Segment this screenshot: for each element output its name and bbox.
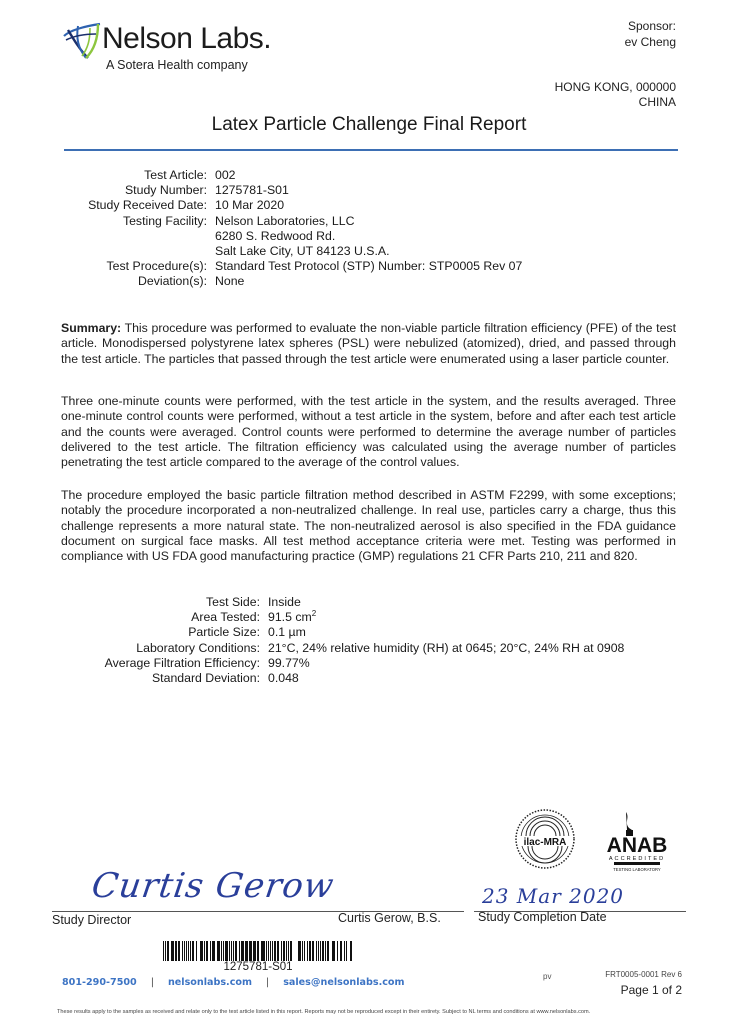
info-row: 6280 S. Redwood Rd. bbox=[60, 229, 522, 244]
barcode-bar bbox=[217, 941, 220, 961]
company-tagline: A Sotera Health company bbox=[106, 58, 248, 72]
barcode-bar bbox=[274, 941, 275, 961]
barcode-bar bbox=[320, 941, 321, 961]
anab-accredited-logo-icon: ANAB ACCREDITED TESTING LABORATORY bbox=[596, 808, 678, 872]
svg-text:ilac-MRA: ilac-MRA bbox=[524, 837, 567, 848]
barcode-bar bbox=[221, 941, 222, 961]
sponsor-name: ev Cheng bbox=[625, 34, 676, 50]
barcode-number: 1275781-S01 bbox=[163, 961, 353, 973]
barcode-bar bbox=[318, 941, 319, 961]
barcode-bar bbox=[286, 941, 287, 961]
barcode-bar bbox=[275, 941, 276, 961]
info-row: Test Article:002 bbox=[60, 168, 522, 183]
barcode-bar bbox=[223, 941, 224, 961]
summary-paragraph-1: Summary: This procedure was performed to… bbox=[61, 321, 676, 367]
barcode-bar bbox=[212, 941, 213, 961]
website-link[interactable]: nelsonlabs.com bbox=[168, 977, 252, 988]
email-link[interactable]: sales@nelsonlabs.com bbox=[283, 977, 404, 988]
barcode-bar bbox=[270, 941, 271, 961]
barcode-bar bbox=[186, 941, 187, 961]
barcode-bar bbox=[257, 941, 259, 961]
barcode-bar bbox=[163, 941, 164, 961]
barcode-bar bbox=[250, 941, 252, 961]
barcode-bar bbox=[225, 941, 226, 961]
barcode-bar bbox=[290, 941, 292, 961]
barcode-bar bbox=[233, 941, 234, 961]
barcode-bar bbox=[200, 941, 203, 961]
barcode-bar bbox=[277, 941, 279, 961]
info-row: Testing Facility:Nelson Laboratories, LL… bbox=[60, 214, 522, 229]
info-row: Study Received Date:10 Mar 2020 bbox=[60, 198, 522, 213]
result-row-std-dev: Standard Deviation:0.048 bbox=[84, 671, 624, 686]
barcode-bar bbox=[206, 941, 208, 961]
director-signature: Curtis Gerow bbox=[89, 866, 337, 906]
barcode-bar bbox=[288, 941, 290, 961]
result-row-test-side: Test Side:Inside bbox=[84, 595, 624, 610]
barcode-bar bbox=[325, 941, 326, 961]
barcode-bar bbox=[188, 941, 189, 961]
info-row: Deviation(s):None bbox=[60, 274, 522, 289]
barcode-bar bbox=[316, 941, 318, 961]
barcode-bar bbox=[165, 941, 166, 961]
barcode-bar bbox=[266, 941, 267, 961]
result-row-area-tested: Area Tested:91.5 cm2 bbox=[84, 610, 624, 625]
separator: | bbox=[252, 977, 283, 988]
barcode-bar bbox=[281, 941, 282, 961]
barcode-bar bbox=[226, 941, 228, 961]
barcode-bar bbox=[229, 941, 230, 961]
result-row-particle-size: Particle Size:0.1 µm bbox=[84, 625, 624, 640]
study-director-label: Study Director bbox=[52, 913, 131, 927]
barcode-bar bbox=[192, 941, 194, 961]
study-barcode bbox=[163, 941, 353, 961]
barcode-bar bbox=[268, 941, 269, 961]
barcode-bar bbox=[171, 941, 174, 961]
barcode-bar bbox=[350, 941, 352, 961]
barcode-bar bbox=[283, 941, 285, 961]
sponsor-address: HONG KONG, 000000 CHINA bbox=[555, 80, 676, 110]
contact-bar: 801-290-7500 | nelsonlabs.com | sales@ne… bbox=[62, 977, 405, 988]
barcode-bar bbox=[182, 941, 183, 961]
ilac-mra-logo-icon: ilac-MRA bbox=[514, 808, 576, 870]
study-director-name: Curtis Gerow, B.S. bbox=[338, 911, 441, 925]
barcode-bar bbox=[178, 941, 181, 961]
summary-paragraph-3: The procedure employed the basic particl… bbox=[61, 488, 676, 564]
sponsor-block: Sponsor: ev Cheng bbox=[625, 18, 676, 50]
barcode-bar bbox=[175, 941, 177, 961]
result-row-avg-filtration: Average Filtration Efficiency:99.77% bbox=[84, 656, 624, 671]
barcode-bar bbox=[307, 941, 308, 961]
barcode-bar bbox=[262, 941, 265, 961]
study-info-table: Test Article:002 Study Number:1275781-S0… bbox=[60, 168, 522, 290]
barcode-bar bbox=[231, 941, 232, 961]
barcode-bar bbox=[241, 941, 244, 961]
barcode-bar bbox=[239, 941, 241, 961]
barcode-bar bbox=[213, 941, 215, 961]
barcode-bar bbox=[249, 941, 250, 961]
barcode-bar bbox=[184, 941, 185, 961]
svg-text:ACCREDITED: ACCREDITED bbox=[609, 856, 665, 862]
info-row: Study Number:1275781-S01 bbox=[60, 183, 522, 198]
barcode-bar bbox=[340, 941, 342, 961]
barcode-bar bbox=[167, 941, 170, 961]
summary-label: Summary: bbox=[61, 321, 121, 335]
barcode-bar bbox=[302, 941, 303, 961]
barcode-bar bbox=[322, 941, 324, 961]
barcode-bar bbox=[312, 941, 314, 961]
info-row: Test Procedure(s):Standard Test Protocol… bbox=[60, 259, 522, 274]
sponsor-label: Sponsor: bbox=[625, 18, 676, 34]
result-row-lab-conditions: Laboratory Conditions:21°C, 24% relative… bbox=[84, 641, 624, 656]
form-number: FRT0005-0001 Rev 6 bbox=[605, 970, 682, 979]
handwritten-completion-date: 23 Mar 2020 bbox=[482, 884, 624, 908]
svg-text:TESTING LABORATORY: TESTING LABORATORY bbox=[613, 867, 661, 872]
barcode-bar bbox=[210, 941, 211, 961]
study-completion-date-label: Study Completion Date bbox=[478, 910, 607, 924]
results-table: Test Side:Inside Area Tested:91.5 cm2 Pa… bbox=[84, 595, 624, 686]
separator: | bbox=[137, 977, 168, 988]
barcode-bar bbox=[204, 941, 205, 961]
company-logo: Nelson Labs. A Sotera Health company bbox=[60, 18, 280, 78]
title-divider bbox=[64, 149, 678, 151]
barcode-bar bbox=[344, 941, 345, 961]
sponsor-country: CHINA bbox=[555, 95, 676, 110]
barcode-bar bbox=[190, 941, 191, 961]
barcode-bar bbox=[261, 941, 262, 961]
barcode-bar bbox=[235, 941, 237, 961]
barcode-bar bbox=[309, 941, 311, 961]
company-name: Nelson Labs. bbox=[102, 22, 271, 56]
svg-text:ANAB: ANAB bbox=[607, 834, 668, 857]
disclaimer: These results apply to the samples as re… bbox=[57, 1009, 590, 1015]
info-row: Salt Lake City, UT 84123 U.S.A. bbox=[60, 244, 522, 259]
barcode-bar bbox=[304, 941, 306, 961]
barcode-bar bbox=[196, 941, 197, 961]
barcode-bar bbox=[253, 941, 256, 961]
report-title: Latex Particle Challenge Final Report bbox=[0, 114, 738, 136]
barcode-bar bbox=[332, 941, 335, 961]
summary-paragraph-2: Three one-minute counts were performed, … bbox=[61, 394, 676, 470]
nelson-labs-shield-icon bbox=[60, 18, 102, 62]
initials: pv bbox=[543, 972, 551, 981]
barcode-bar bbox=[337, 941, 338, 961]
phone-link[interactable]: 801-290-7500 bbox=[62, 977, 137, 988]
page-number: Page 1 of 2 bbox=[621, 983, 682, 997]
sponsor-city: HONG KONG, 000000 bbox=[555, 80, 676, 95]
barcode-bar bbox=[298, 941, 301, 961]
barcode-bar bbox=[272, 941, 273, 961]
barcode-bar bbox=[327, 941, 330, 961]
barcode-bar bbox=[245, 941, 248, 961]
barcode-bar bbox=[346, 941, 348, 961]
